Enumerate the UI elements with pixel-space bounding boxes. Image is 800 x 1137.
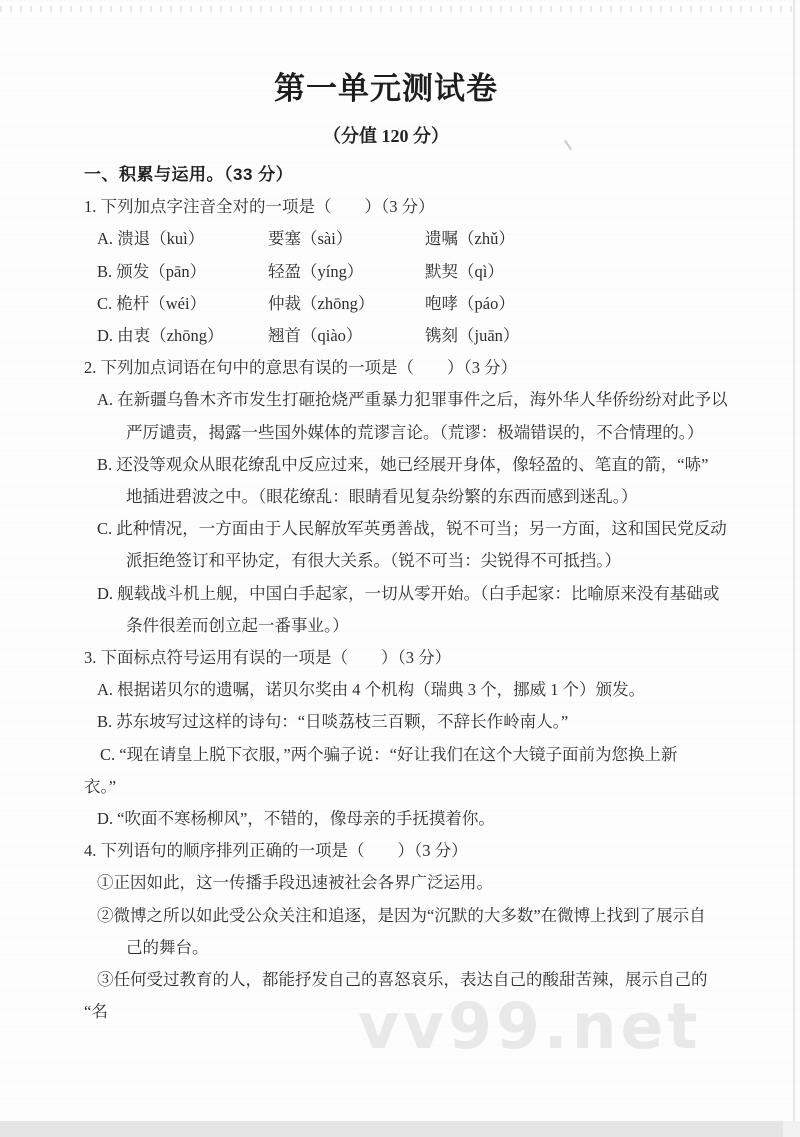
pinyin-choice: 轻盈（yíng） (268, 256, 425, 288)
question-option-line: 严厉谴责，揭露一些国外媒体的荒谬言论。（荒谬：极端错误的，不合情理的。） (84, 417, 756, 449)
question-2-options: A. 在新疆乌鲁木齐市发生打砸抢烧严重暴力犯罪事件之后，海外华人华侨纷纷对此予以… (84, 384, 756, 642)
question-option-line: A. 根据诺贝尔的遗嘱，诺贝尔奖由 4 个机构（瑞典 3 个，挪威 1 个）颁发… (84, 674, 756, 706)
pinyin-choice: 默契（qì） (425, 256, 756, 288)
scanned-test-paper-page: 第一单元测试卷 （分值 120 分） 一、积累与运用。（33 分） 1. 下列加… (0, 0, 800, 1137)
watermark: vv99.net (358, 990, 701, 1063)
question-option-line: 己的舞台。 (84, 932, 756, 964)
question-option-line: A. 在新疆乌鲁木齐市发生打砸抢烧严重暴力犯罪事件之后，海外华人华侨纷纷对此予以 (84, 384, 756, 416)
question-option-line: B. 苏东坡写过这样的诗句：“日啖荔枝三百颗，不辞长作岭南人。” (84, 706, 756, 738)
paper-body: 一、积累与运用。（33 分） 1. 下列加点字注音全对的一项是（ ）（3 分） … (84, 159, 756, 1028)
question-option-line: D. 舰载战斗机上舰，中国白手起家，一切从零开始。（白手起家：比喻原来没有基础或 (84, 578, 756, 610)
pinyin-choice: 咆哮（páo） (425, 288, 756, 320)
question-1-choices: A. 溃退（kuì）要塞（sài）遗嘱（zhǔ）B. 颁发（pān）轻盈（yín… (84, 223, 756, 352)
scan-bottom-band (0, 1121, 783, 1137)
pinyin-choice: C. 桅杆（wéi） (97, 288, 268, 320)
page-right-edge (793, 0, 795, 1121)
question-1-stem: 1. 下列加点字注音全对的一项是（ ）（3 分） (84, 191, 756, 223)
question-option-line: D. “吹面不寒杨柳风”，不错的，像母亲的手抚摸着你。 (84, 803, 756, 835)
scan-artifact-top-dashes (0, 6, 796, 12)
pinyin-choice: 镌刻（juān） (425, 320, 756, 352)
pinyin-choice-row: D. 由衷（zhōng）翘首（qiào）镌刻（juān） (84, 320, 756, 352)
question-option-line: C. “现在请皇上脱下衣服，”两个骗子说：“好让我们在这个大镜子面前为您换上新 (84, 739, 756, 771)
page-title: 第一单元测试卷 (0, 72, 772, 106)
pinyin-choice: 仲裁（zhōng） (268, 288, 425, 320)
question-4-stem: 4. 下列语句的顺序排列正确的一项是（ ）（3 分） (84, 835, 756, 867)
question-option-line: C. 此种情况，一方面由于人民解放军英勇善战，锐不可当；另一方面，这和国民党反动 (84, 513, 756, 545)
paper-header: 第一单元测试卷 （分值 120 分） (0, 72, 772, 148)
scan-bottom-band-corner (783, 1121, 800, 1137)
question-3-options: A. 根据诺贝尔的遗嘱，诺贝尔奖由 4 个机构（瑞典 3 个，挪威 1 个）颁发… (84, 674, 756, 835)
question-3-stem: 3. 下面标点符号运用有误的一项是（ ）（3 分） (84, 642, 756, 674)
paper-total-score: （分值 120 分） (0, 122, 772, 148)
question-option-line: ①正因如此，这一传播手段迅速被社会各界广泛运用。 (84, 867, 756, 899)
pinyin-choice-row: B. 颁发（pān）轻盈（yíng）默契（qì） (84, 256, 756, 288)
pinyin-choice-row: A. 溃退（kuì）要塞（sài）遗嘱（zhǔ） (84, 223, 756, 255)
pinyin-choice: 翘首（qiào） (268, 320, 425, 352)
pinyin-choice: B. 颁发（pān） (97, 256, 268, 288)
question-option-line: 衣。” (84, 771, 756, 803)
pinyin-choice: A. 溃退（kuì） (97, 223, 268, 255)
question-2-stem: 2. 下列加点词语在句中的意思有误的一项是（ ）（3 分） (84, 352, 756, 384)
pinyin-choice: 要塞（sài） (268, 223, 425, 255)
question-option-line: 派拒绝签订和平协定，有很大关系。（锐不可当：尖锐得不可抵挡。） (84, 545, 756, 577)
pinyin-choice: D. 由衷（zhōng） (97, 320, 268, 352)
pinyin-choice-row: C. 桅杆（wéi）仲裁（zhōng）咆哮（páo） (84, 288, 756, 320)
question-option-line: B. 还没等观众从眼花缭乱中反应过来，她已经展开身体，像轻盈的、笔直的箭，“哧” (84, 449, 756, 481)
question-option-line: 地插进碧波之中。（眼花缭乱：眼睛看见复杂纷繁的东西而感到迷乱。） (84, 481, 756, 513)
section-heading: 一、积累与运用。（33 分） (84, 159, 756, 191)
pinyin-choice: 遗嘱（zhǔ） (425, 223, 756, 255)
question-option-line: ②微博之所以如此受公众关注和追逐，是因为“沉默的大多数”在微博上找到了展示自 (84, 900, 756, 932)
question-option-line: 条件很差而创立起一番事业。） (84, 610, 756, 642)
